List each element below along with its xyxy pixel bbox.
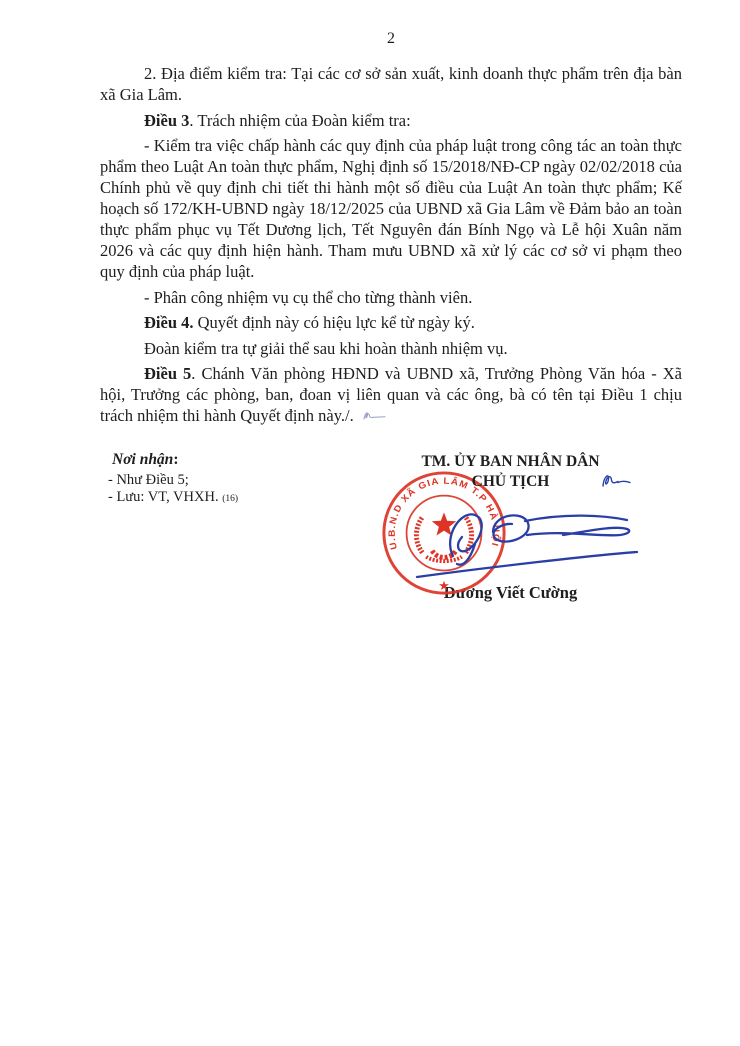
document-page: 2 2. Địa điểm kiểm tra: Tại các cơ sở sả… — [0, 0, 740, 1046]
paragraph-text: - Kiểm tra việc chấp hành các quy định c… — [100, 136, 682, 281]
signature-scribble — [415, 494, 645, 589]
article-5-label: Điều 5 — [144, 364, 191, 383]
paragraph-text: . Trách nhiệm của Đoàn kiểm tra: — [189, 111, 410, 130]
initials-mark — [361, 410, 387, 421]
paragraph-inspection-duties: - Kiểm tra việc chấp hành các quy định c… — [100, 135, 682, 282]
recipients-block: Nơi nhận: - Như Điều 5; - Lưu: VT, VHXH.… — [108, 451, 328, 509]
document-body: 2 2. Địa điểm kiểm tra: Tại các cơ sở sả… — [100, 0, 682, 426]
signer-title: CHỦ TỊCH — [398, 472, 623, 492]
paragraph-article-3: Điều 3. Trách nhiệm của Đoàn kiểm tra: — [100, 110, 682, 131]
recipient-item: - Lưu: VT, VHXH. (16) — [108, 489, 328, 509]
authority-line: TM. ỦY BAN NHÂN DÂN — [398, 452, 623, 472]
page-number: 2 — [100, 30, 682, 48]
paragraph-article-5: Điều 5. Chánh Văn phòng HĐND và UBND xã,… — [100, 363, 682, 426]
recipient-item-text: - Lưu: VT, VHXH. — [108, 489, 219, 505]
paragraph-text: 2. Địa điểm kiểm tra: Tại các cơ sở sản … — [100, 64, 682, 104]
paragraph-text: Quyết định này có hiệu lực kể từ ngày ký… — [194, 313, 475, 332]
recipients-heading-text: Nơi nhận — [112, 451, 173, 468]
paragraph-article-4: Điều 4. Quyết định này có hiệu lực kể từ… — [100, 312, 682, 333]
article-3-label: Điều 3 — [144, 111, 189, 130]
paragraph-text: Đoàn kiểm tra tự giải thể sau khi hoàn t… — [144, 339, 508, 358]
recipients-heading: Nơi nhận: — [112, 451, 328, 469]
paragraph-location: 2. Địa điểm kiểm tra: Tại các cơ sở sản … — [100, 63, 682, 105]
recipient-item: - Như Điều 5; — [108, 472, 328, 490]
paragraph-text: - Phân công nhiệm vụ cụ thể cho từng thà… — [144, 288, 472, 307]
signing-authority-block: TM. ỦY BAN NHÂN DÂN CHỦ TỊCH — [398, 452, 623, 492]
paragraph-assignment: - Phân công nhiệm vụ cụ thể cho từng thà… — [100, 287, 682, 308]
copies-count-note: (16) — [222, 494, 238, 504]
article-4-label: Điều 4. — [144, 313, 194, 332]
paragraph-dissolution: Đoàn kiểm tra tự giải thể sau khi hoàn t… — [100, 338, 682, 359]
recipients-heading-colon: : — [173, 451, 178, 468]
